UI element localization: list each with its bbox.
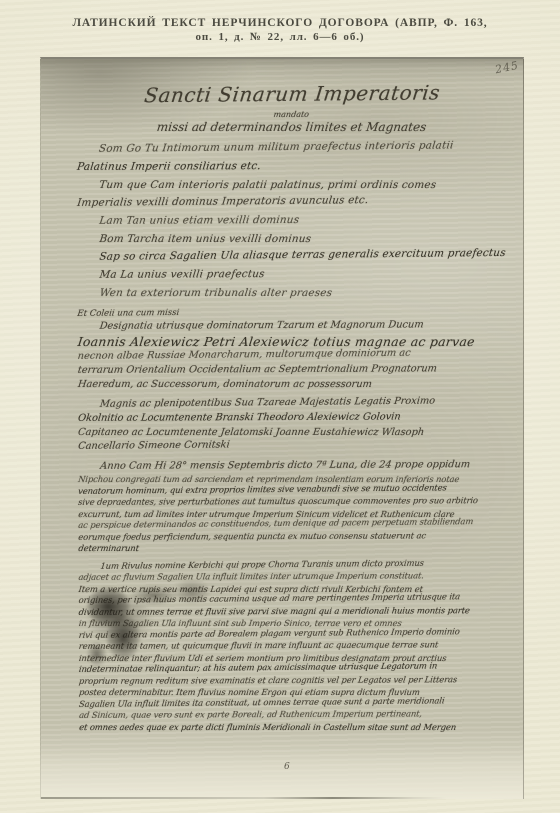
manuscript-line: Lam Tan unius etiam vexilli dominus <box>98 210 508 230</box>
page-number-mark: 6 <box>284 762 290 772</box>
manuscript-line: Sancti Sinarum Imperatoris <box>76 80 509 108</box>
manuscript-line: dividantur, ut omnes terrae et fluvii si… <box>78 605 509 618</box>
manuscript-line: Magnis ac plenipotentibus Sua Tzareae Ma… <box>99 394 509 412</box>
scan-page: ЛАТИНСКИЙ ТЕКСТ НЕРЧИНСКОГО ДОГОВОРА (АВ… <box>0 0 560 813</box>
manuscript-line: Som Go Tu Intimorum unum militum praefec… <box>98 136 508 158</box>
manuscript-line: Haeredum, ac Successorum, dominatorum ac… <box>77 378 508 392</box>
manuscript-line: Imperialis vexilli dominus Imperatoris a… <box>76 190 508 212</box>
manuscript-line: sive depraedantes, sive perturbationes a… <box>77 495 508 508</box>
manuscript-line: Okolnitio ac Locumtenente Branski Theodo… <box>77 410 509 426</box>
manuscript-line: necnon albae Russiae Monarcharum, multor… <box>77 346 509 364</box>
manuscript-line: terrarum Orientalium Occidentalium ac Se… <box>77 362 509 378</box>
manuscript-line: proprium regnum reditum sive examinatis … <box>78 674 509 687</box>
manuscript-line: remaneant ita tamen, ut quicumque fluvii… <box>78 639 509 652</box>
manuscript-line: Wen ta exteriorum tribunalis alter praes… <box>99 284 509 302</box>
manuscript-photo: 245 Sancti Sinarum Imperatorismandatomis… <box>40 57 524 799</box>
manuscript-line: missi ad determinandos limites et Magnat… <box>76 120 507 134</box>
manuscript-line: Palatinus Imperii consiliarius etc. <box>76 156 508 176</box>
manuscript-line: ad Sinicum, quae vero sunt ex parte Bore… <box>78 708 509 721</box>
manuscript-line: Ma La unius vexilli praefectus <box>99 264 509 284</box>
caption-line-2: оп. 1, д. № 22, лл. 6—6 об.) <box>0 31 560 43</box>
manuscript-line: Sap so circa Sagalien Ula aliasque terra… <box>98 244 508 266</box>
manuscript-line: et omnes aedes quae ex parte dicti flumi… <box>78 721 509 733</box>
manuscript-line: Cancellario Simeone Cornitski <box>77 436 509 454</box>
manuscript-line: Anno Cam Hi 28° mensis Septembris dicto … <box>99 458 509 474</box>
manuscript-line: eorumque foedus perficiendum, sequentia … <box>78 530 509 543</box>
caption-line-1: ЛАТИНСКИЙ ТЕКСТ НЕРЧИНСКОГО ДОГОВОРА (АВ… <box>0 17 560 29</box>
manuscript-line: mandato <box>76 109 507 120</box>
manuscript-line: adjacet ac fluvium Sagalien Ula influit … <box>78 570 509 583</box>
photo-bottom-edge <box>41 797 446 799</box>
manuscript-line: determinarunt <box>78 543 509 555</box>
typeset-caption: ЛАТИНСКИЙ ТЕКСТ НЕРЧИНСКОГО ДОГОВОРА (АВ… <box>0 17 560 43</box>
manuscript-content: Sancti Sinarum Imperatorismandatomissi a… <box>40 58 524 733</box>
manuscript-line: Designatia utriusque dominatorum Tzarum … <box>99 318 509 334</box>
